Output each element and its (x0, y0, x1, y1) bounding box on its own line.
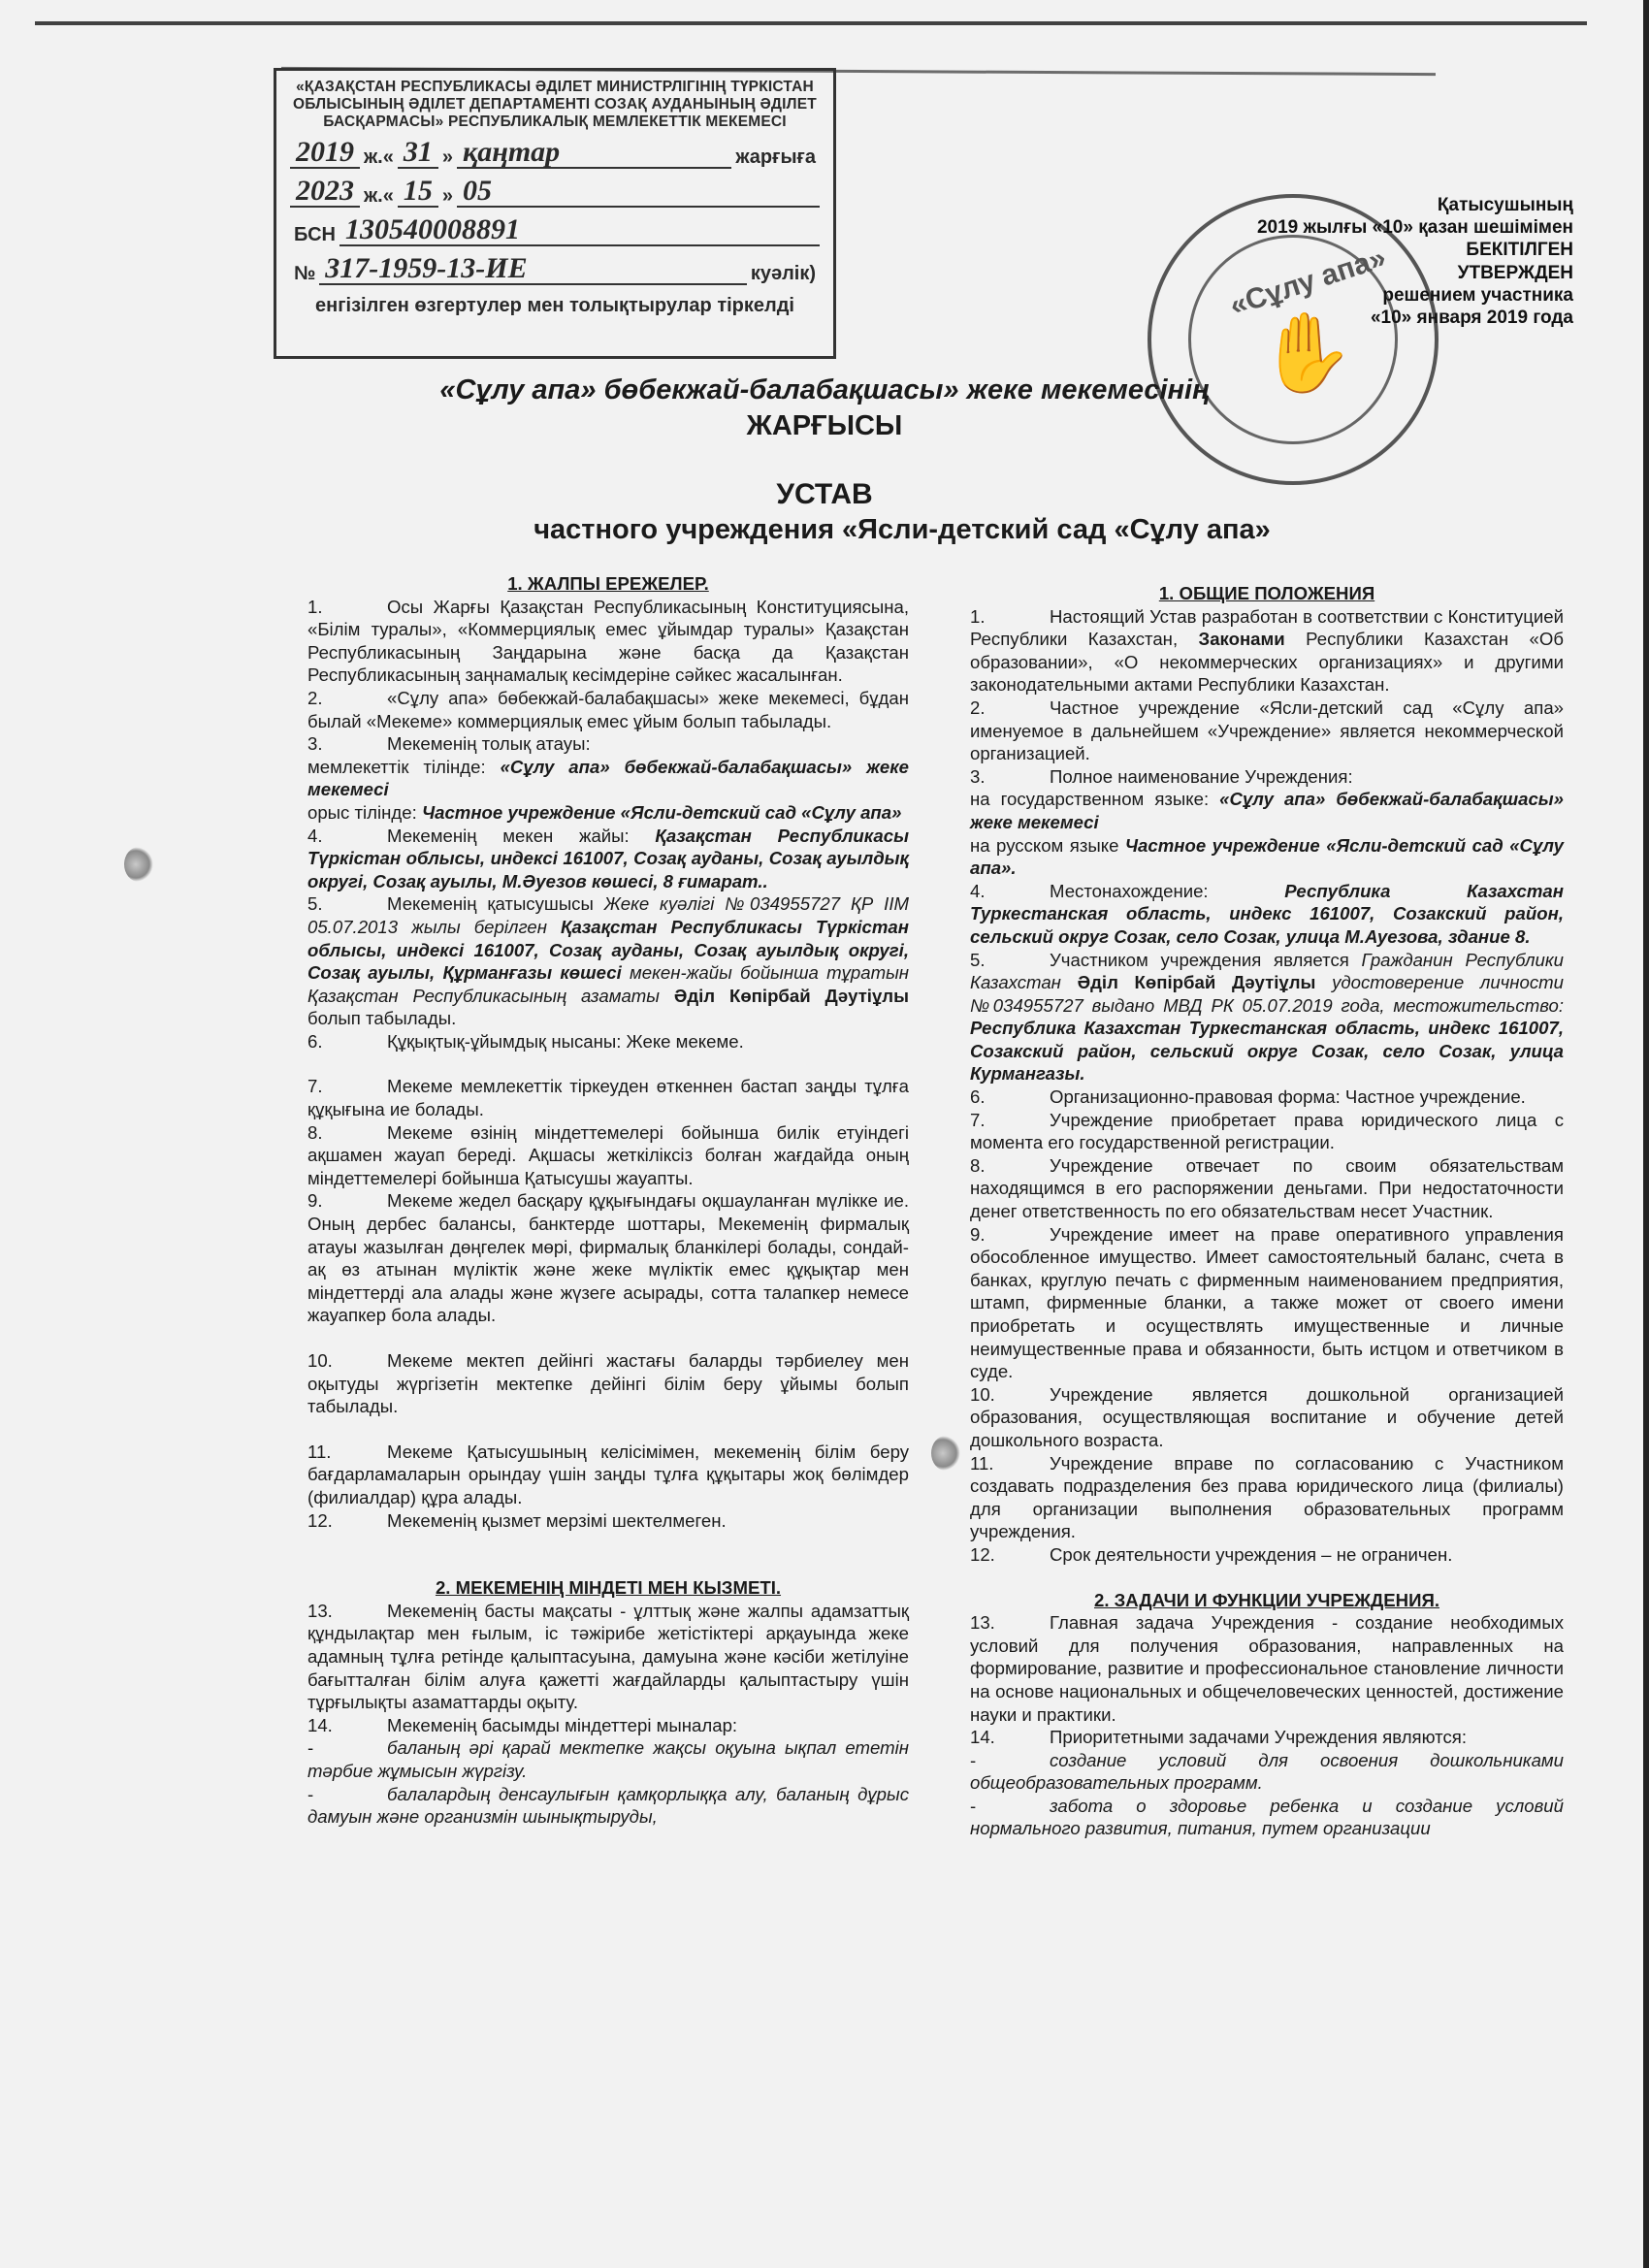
section-heading: 2. ЗАДАЧИ И ФУНКЦИИ УЧРЕЖДЕНИЯ. (970, 1589, 1564, 1612)
approval-line: решением участника (1257, 284, 1573, 307)
text-span: БСН (290, 224, 339, 246)
clause: 7.Мекеме мемлекеттік тіркеуден өткеннен … (307, 1075, 909, 1120)
text-span: жарғыға (731, 146, 820, 169)
clause: 2.«Сұлу апа» бөбекжай-балабақшасы» жеке … (307, 687, 909, 732)
text-span: 14. (970, 1726, 1050, 1749)
approval-line: БЕКІТІЛГЕН (1257, 239, 1573, 261)
text-span: 2019 (290, 138, 360, 169)
clause: 11.Мекеме Қатысушының келісімімен, мекем… (307, 1441, 909, 1509)
bullet: -создание условий для освоения дошкольни… (970, 1749, 1564, 1795)
text-span: Әділ Көпірбай Дәутіұлы (674, 986, 909, 1006)
text-span: - (970, 1749, 1050, 1772)
clause: 13.Главная задача Учреждения - создание … (970, 1611, 1564, 1726)
clause: 8.Учреждение отвечает по своим обязатель… (970, 1154, 1564, 1223)
text-span: 13. (307, 1600, 387, 1623)
clause: 10.Учреждение является дошкольной органи… (970, 1383, 1564, 1452)
text-span: Құқықтық-ұйымдық нысаны: Жеке мекеме. (387, 1031, 744, 1052)
text-span: забота о здоровье ребенка и создание усл… (970, 1796, 1564, 1839)
text-span: Срок деятельности учреждения – не ограни… (1050, 1544, 1452, 1565)
text-span: 10. (970, 1383, 1050, 1407)
bullet: -баланың әрі қарай мектепке жақсы оқуына… (307, 1736, 909, 1782)
text-span: 5. (307, 892, 387, 916)
text-span: Учреждение вправе по согласованию с Учас… (970, 1453, 1564, 1542)
text-span: 13. (970, 1611, 1050, 1635)
text-span: балалардың денсаулығын қамқорлыққа алу, … (307, 1784, 909, 1828)
text-span: Мекеменің басымды міндеттері мыналар: (387, 1715, 737, 1735)
clause: 12.Мекеменің қызмет мерзімі шектелмеген. (307, 1509, 909, 1533)
text-span: на русском языке (970, 835, 1125, 856)
text-span: Мекеме өзінің міндеттемелері бойынша бил… (307, 1122, 909, 1188)
text-span: на государственном языке: (970, 789, 1219, 809)
text-span: Учреждение приобретает права юридическог… (970, 1110, 1564, 1153)
text-span: баланың әрі қарай мектепке жақсы оқуына … (307, 1737, 909, 1781)
text-span: ж.« (360, 185, 398, 208)
stamp-row-cert: № 317-1959-13-ИЕ куәлік) (290, 254, 820, 285)
text-span: 6. (970, 1085, 1050, 1109)
text-span: Мекеменің толық атауы: (387, 733, 591, 754)
text-span: 5. (970, 949, 1050, 972)
clause: 8.Мекеме өзінің міндеттемелері бойынша б… (307, 1121, 909, 1190)
approval-line: Қатысушының (1257, 194, 1573, 216)
approval-line: «10» января 2019 года (1257, 307, 1573, 329)
text-span: 11. (970, 1452, 1050, 1475)
text-span: Приоритетными задачами Учреждения являют… (1050, 1727, 1467, 1747)
text-span: 130540008891 (339, 215, 820, 246)
text-span: Участником учреждения является (1050, 950, 1362, 970)
text-span: орыс тілінде: (307, 802, 422, 823)
text-span: 10. (307, 1349, 387, 1373)
text-span: 14. (307, 1714, 387, 1737)
text-span: Мекеменің мекен жайы: (387, 826, 655, 846)
approval-block: Қатысушының 2019 жылғы «10» қазан шешімі… (1257, 194, 1573, 329)
bullet: -балалардың денсаулығын қамқорлыққа алу,… (307, 1783, 909, 1829)
clause: 11.Учреждение вправе по согласованию с У… (970, 1452, 1564, 1543)
title-kz: «Сұлу апа» бөбекжай-балабақшасы» жеке ме… (0, 374, 1649, 406)
clause: 1.Настоящий Устав разработан в соответст… (970, 605, 1564, 697)
text-span: 9. (307, 1189, 387, 1213)
clause: 9.Учреждение имеет на праве оперативного… (970, 1223, 1564, 1383)
text-span: 15 (398, 177, 438, 208)
text-span: ж.« (360, 146, 398, 169)
text-span: Мекеме мектеп дейінгі жастағы баларды тә… (307, 1350, 909, 1416)
text-span: Осы Жарғы Қазақстан Республикасының Конс… (307, 597, 909, 686)
text-span: болып табылады. (307, 1008, 456, 1028)
clause: 4.Мекеменің мекен жайы: Қазақстан Респуб… (307, 825, 909, 893)
text-span: қаңтар (457, 138, 731, 169)
clause: 12.Срок деятельности учреждения – не огр… (970, 1543, 1564, 1567)
text-span: - (970, 1795, 1050, 1818)
registration-stamp: «ҚАЗАҚСТАН РЕСПУБЛИКАСЫ ӘДІЛЕТ МИНИСТРЛІ… (274, 68, 836, 359)
bullet: -забота о здоровье ребенка и создание ус… (970, 1795, 1564, 1840)
clause-sub: орыс тілінде: Частное учреждение «Ясли-д… (307, 801, 909, 825)
title-ru: УСТАВ (0, 478, 1649, 511)
clause: 6.Организационно-правовая форма: Частное… (970, 1085, 1564, 1109)
section-heading: 1. ОБЩИЕ ПОЛОЖЕНИЯ (970, 582, 1564, 605)
stamp-header: «ҚАЗАҚСТАН РЕСПУБЛИКАСЫ ӘДІЛЕТ МИНИСТРЛІ… (290, 79, 820, 130)
text-span: Мекеме Қатысушының келісімімен, мекемені… (307, 1442, 909, 1507)
text-span: 8. (970, 1154, 1050, 1178)
clause: 10.Мекеме мектеп дейінгі жастағы баларды… (307, 1349, 909, 1418)
spacer (307, 1053, 909, 1075)
clause: 2.Частное учреждение «Ясли-детский сад «… (970, 697, 1564, 765)
text-span: 2023 (290, 177, 360, 208)
text-span: 05 (457, 177, 820, 208)
stamp-row-date1: 2019 ж.« 31 » қаңтар жарғыға (290, 138, 820, 169)
text-span: Мекеме жедел басқару құқығындағы оқшаула… (307, 1190, 909, 1325)
stamp-row-bsn: БСН 130540008891 (290, 215, 820, 246)
title-kz-charter: ЖАРҒЫСЫ (0, 410, 1649, 442)
clause: 3.Полное наименование Учреждения: (970, 765, 1564, 789)
text-span: 1. (970, 605, 1050, 629)
text-span: 317-1959-13-ИЕ (319, 254, 747, 285)
clause: 5.Участником учреждения является Граждан… (970, 949, 1564, 1086)
spacer (970, 1567, 1564, 1589)
stamp-footer: енгізілген өзгертулер мен толықтырулар т… (290, 295, 820, 317)
clause-sub: на русском языке Частное учреждение «Ясл… (970, 834, 1564, 880)
text-span: - (307, 1736, 387, 1760)
section-heading: 1. ЖАЛПЫ ЕРЕЖЕЛЕР. (307, 572, 909, 596)
section-heading: 2. МЕКЕМЕНІҢ МІНДЕТІ МЕН КЫЗМЕТІ. (307, 1576, 909, 1600)
clause-sub: мемлекеттік тілінде: «Сұлу апа» бөбекжай… (307, 756, 909, 801)
text-span: Әділ Көпірбай Дәутіұлы (1078, 972, 1316, 992)
text-span: 2. (970, 697, 1050, 720)
text-span: 4. (970, 880, 1050, 903)
text-span: 3. (307, 732, 387, 756)
scan-edge (1643, 0, 1649, 2268)
text-span: «Сұлу апа» бөбекжай-балабақшасы» жеке ме… (307, 688, 909, 731)
text-span: Главная задача Учреждения - создание нео… (970, 1612, 1564, 1724)
punch-hole (931, 1436, 960, 1471)
text-span: Организационно-правовая форма: Частное у… (1050, 1086, 1526, 1107)
text-span: 3. (970, 765, 1050, 789)
text-span: мемлекеттік тілінде: (307, 757, 501, 777)
text-span: 7. (307, 1075, 387, 1098)
clause: 6.Құқықтық-ұйымдық нысаны: Жеке мекеме. (307, 1030, 909, 1053)
text-span: Законами (1199, 629, 1285, 649)
spacer (307, 1532, 909, 1576)
text-span: Мекеме мемлекеттік тіркеуден өткеннен ба… (307, 1076, 909, 1119)
clause: 7.Учреждение приобретает права юридическ… (970, 1109, 1564, 1154)
text-span: Частное учреждение «Ясли-детский сад «Сұ… (422, 802, 902, 823)
text-span: 12. (307, 1509, 387, 1533)
clause: 14.Приоритетными задачами Учреждения явл… (970, 1726, 1564, 1749)
clause: 9.Мекеме жедел басқару құқығындағы оқшау… (307, 1189, 909, 1327)
stamp-row-date2: 2023 ж.« 15 » 05 (290, 177, 820, 208)
clause: 1.Осы Жарғы Қазақстан Республикасының Ко… (307, 596, 909, 687)
clause: 5.Мекеменің қатысушысы Жеке куәлігі №034… (307, 892, 909, 1030)
text-span: - (307, 1783, 387, 1806)
column-kazakh: 1. ЖАЛПЫ ЕРЕЖЕЛЕР. 1.Осы Жарғы Қазақстан… (307, 572, 909, 1829)
text-span: Мекеменің басты мақсаты - ұлттық және жа… (307, 1601, 909, 1712)
text-span: 31 (398, 138, 438, 169)
text-span: » (438, 146, 457, 169)
text-span: 2. (307, 687, 387, 710)
clause: 14.Мекеменің басымды міндеттері мыналар: (307, 1714, 909, 1737)
spacer (307, 1327, 909, 1349)
text-span: Учреждение отвечает по своим обязательст… (970, 1155, 1564, 1221)
scan-border-line (35, 21, 1587, 25)
approval-line: 2019 жылғы «10» қазан шешімімен (1257, 216, 1573, 239)
text-span: 4. (307, 825, 387, 848)
approval-line: УТВЕРЖДЕН (1257, 262, 1573, 284)
text-span: 7. (970, 1109, 1050, 1132)
clause: 13.Мекеменің басты мақсаты - ұлттық және… (307, 1600, 909, 1714)
text-span: 6. (307, 1030, 387, 1053)
column-russian: 1. ОБЩИЕ ПОЛОЖЕНИЯ 1.Настоящий Устав раз… (970, 582, 1564, 1840)
title-ru-subtitle: частного учреждения «Ясли-детский сад «С… (78, 514, 1649, 546)
spacer (307, 1418, 909, 1441)
text-span: 1. (307, 596, 387, 619)
clause-sub: на государственном языке: «Сұлу апа» бөб… (970, 788, 1564, 833)
text-span: 11. (307, 1441, 387, 1464)
text-span: куәлік) (747, 263, 820, 285)
text-span: 12. (970, 1543, 1050, 1567)
text-span: » (438, 185, 457, 208)
punch-hole (124, 847, 153, 882)
clause: 3.Мекеменің толық атауы: (307, 732, 909, 756)
text-span: Республика Казахстан Туркестанская облас… (970, 1018, 1564, 1084)
text-span: Учреждение имеет на праве оперативного у… (970, 1224, 1564, 1382)
text-span: Местонахождение: (1050, 881, 1284, 901)
text-span: Мекеменің қатысушысы (387, 893, 604, 914)
clause: 4.Местонахождение: Республика Казахстан … (970, 880, 1564, 949)
text-span: Учреждение является дошкольной организац… (970, 1384, 1564, 1450)
text-span: 9. (970, 1223, 1050, 1247)
text-span: Мекеменің қызмет мерзімі шектелмеген. (387, 1510, 727, 1531)
text-span: 8. (307, 1121, 387, 1145)
text-span: создание условий для освоения дошкольник… (970, 1750, 1564, 1794)
text-span: Частное учреждение «Ясли-детский сад «Сұ… (970, 697, 1564, 763)
text-span: № (290, 263, 319, 285)
text-span: Полное наименование Учреждения: (1050, 766, 1353, 787)
